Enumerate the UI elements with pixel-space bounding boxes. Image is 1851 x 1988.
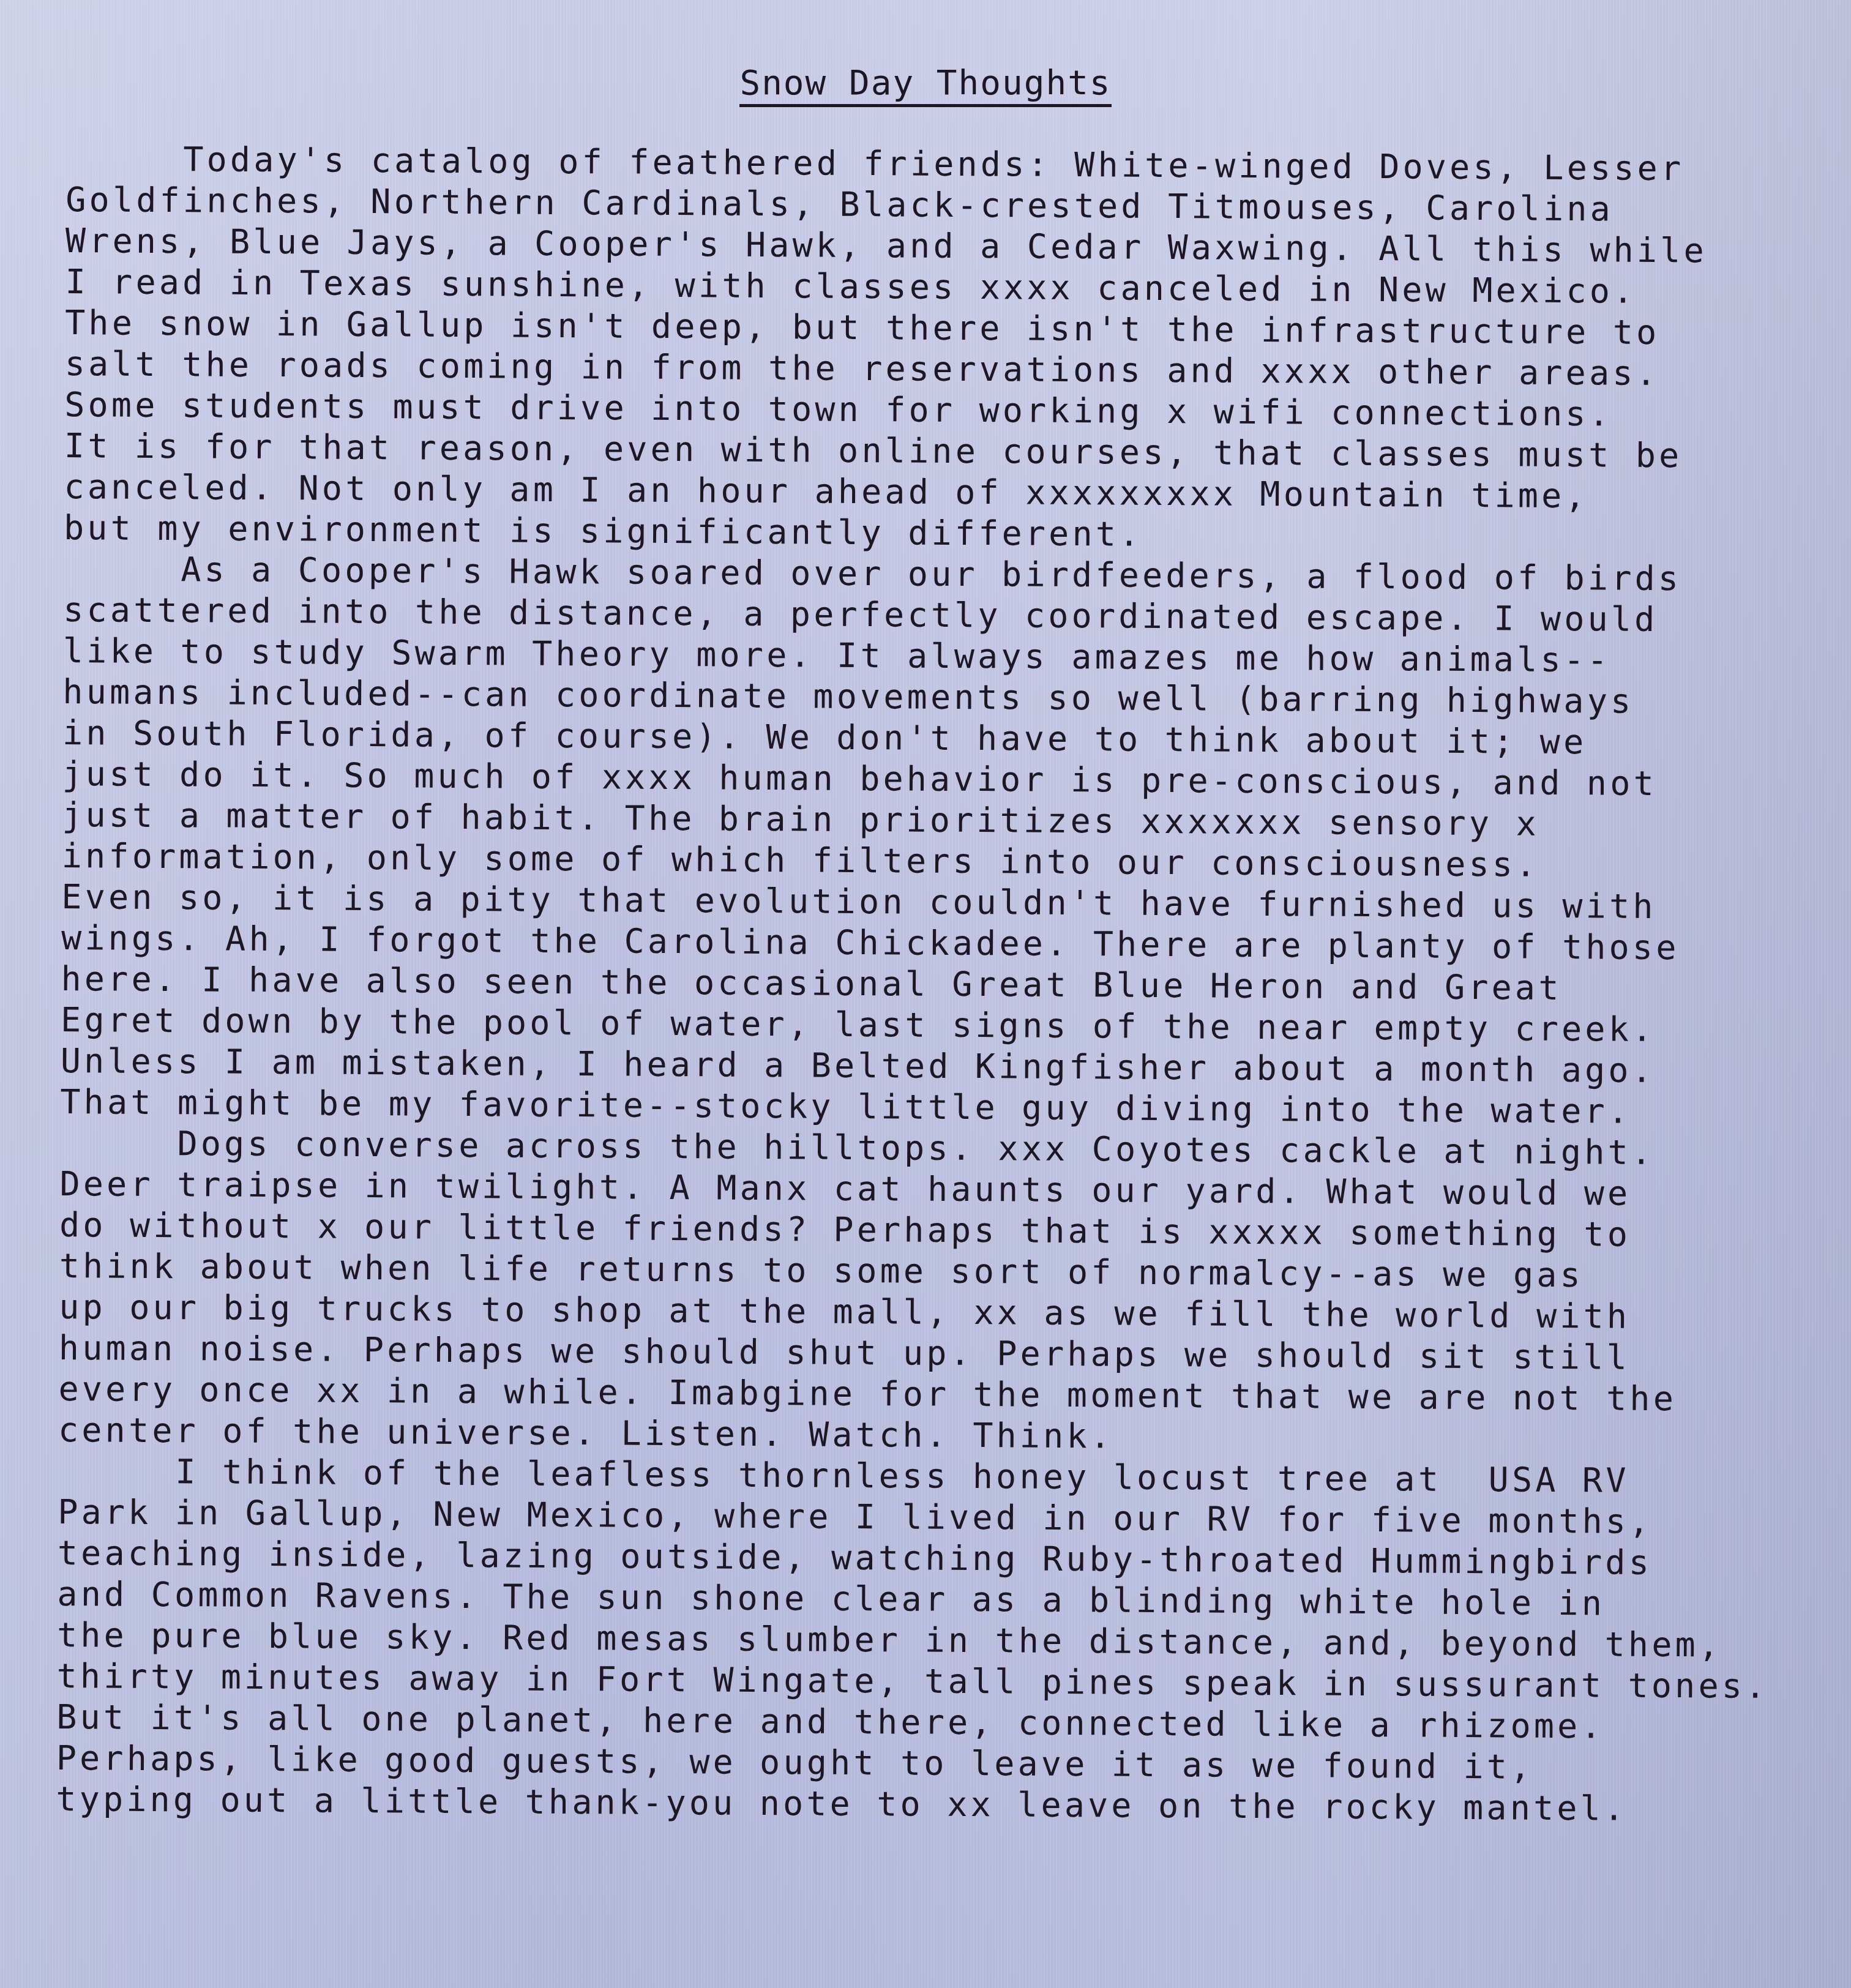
typewritten-body: Today's catalog of feathered friends: Wh…	[56, 138, 1841, 1831]
title-text: Snow Day Thoughts	[739, 63, 1111, 107]
page-title: Snow Day Thoughts	[0, 61, 1851, 105]
